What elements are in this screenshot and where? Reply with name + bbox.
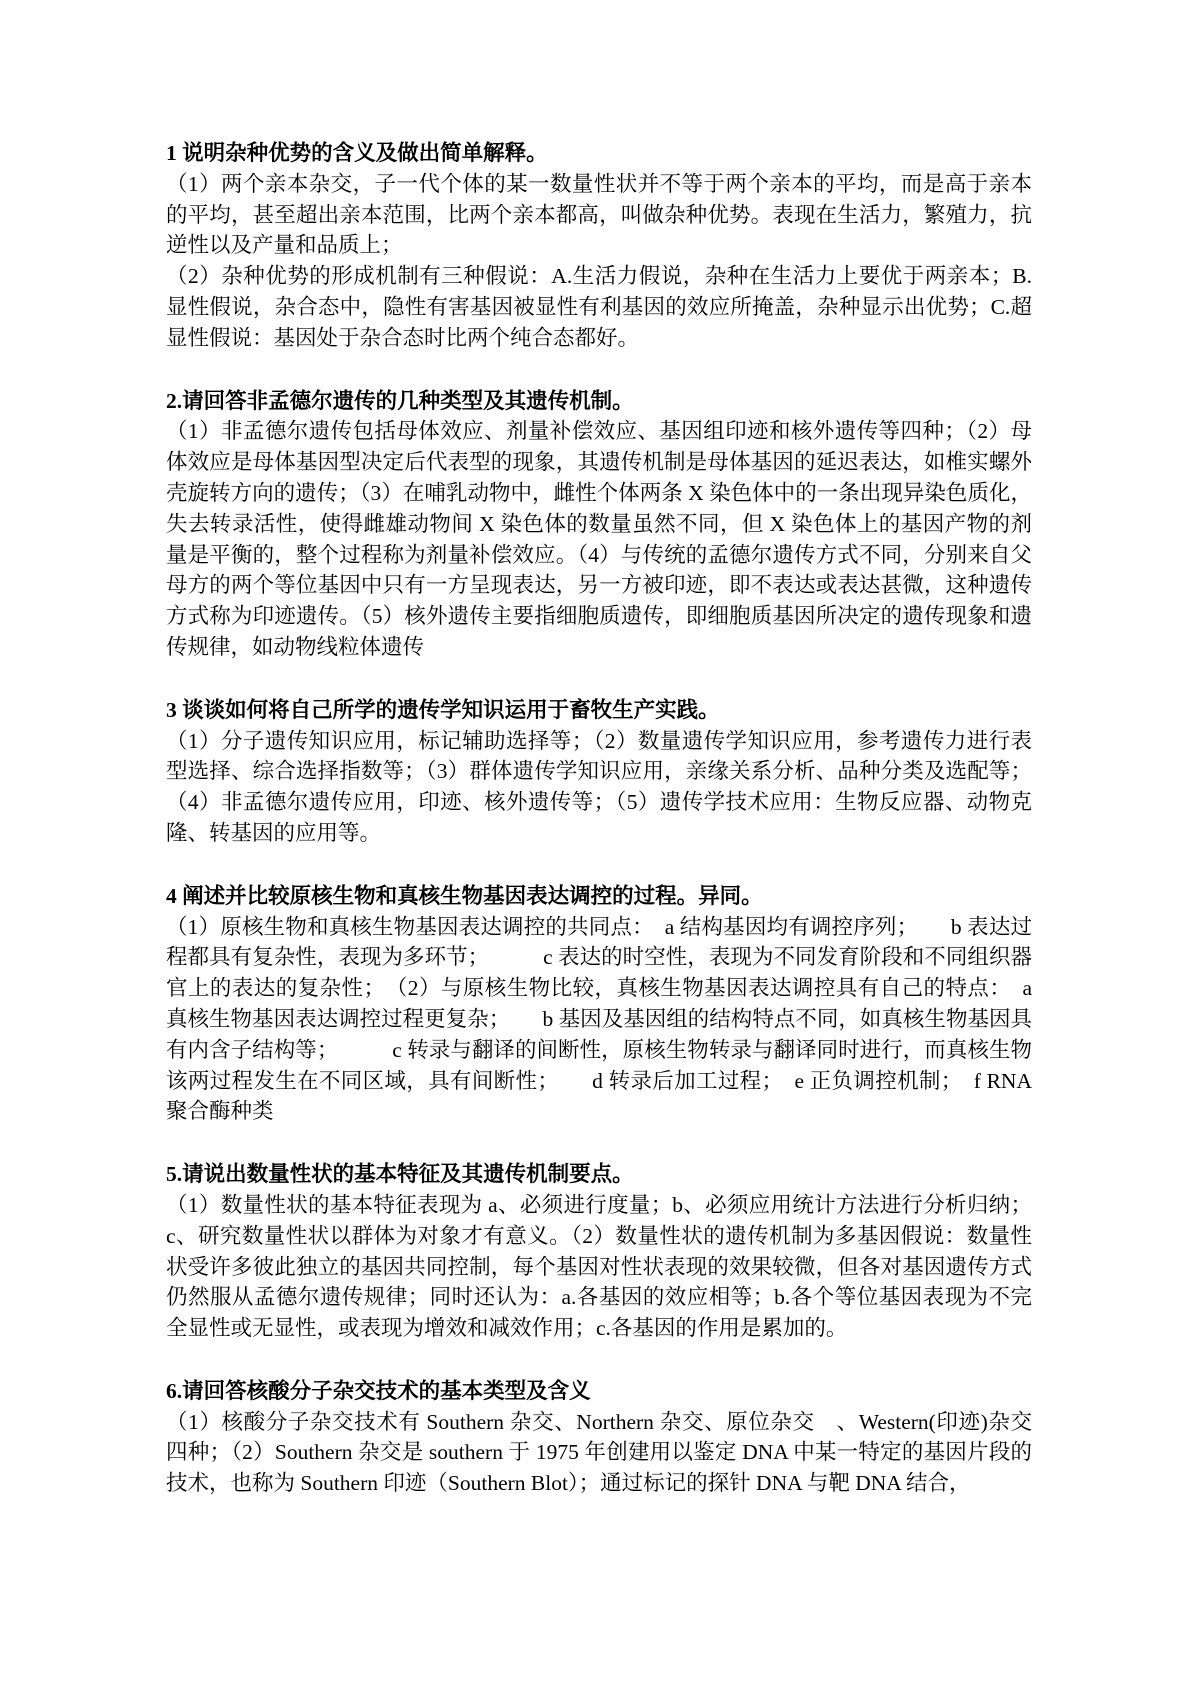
answer-paragraph: （1）原核生物和真核生物基因表达调控的共同点： a 结构基因均有调控序列； b …: [166, 912, 1032, 1128]
qa-section-5: 5.请说出数量性状的基本特征及其遗传机制要点。 （1）数量性状的基本特征表现为 …: [166, 1159, 1032, 1344]
qa-section-3: 3 谈谈如何将自己所学的遗传学知识运用于畜牧生产实践。 （1）分子遗传知识应用，…: [166, 695, 1032, 849]
question-heading: 2.请回答非孟德尔遗传的几种类型及其遗传机制。: [166, 386, 1032, 417]
question-heading: 6.请回答核酸分子杂交技术的基本类型及含义: [166, 1376, 1032, 1407]
answer-paragraph: （1）核酸分子杂交技术有 Southern 杂交、Northern 杂交、原位杂…: [166, 1407, 1032, 1499]
question-heading: 5.请说出数量性状的基本特征及其遗传机制要点。: [166, 1159, 1032, 1190]
qa-section-6: 6.请回答核酸分子杂交技术的基本类型及含义 （1）核酸分子杂交技术有 South…: [166, 1376, 1032, 1499]
answer-paragraph: （1）分子遗传知识应用，标记辅助选择等；（2）数量遗传学知识应用，参考遗传力进行…: [166, 726, 1032, 849]
answer-paragraph: （1）两个亲本杂交，子一代个体的某一数量性状并不等于两个亲本的平均，而是高于亲本…: [166, 169, 1032, 261]
question-heading: 1 说明杂种优势的含义及做出简单解释。: [166, 138, 1032, 169]
answer-paragraph: （1）非孟德尔遗传包括母体效应、剂量补偿效应、基因组印迹和核外遗传等四种；（2）…: [166, 416, 1032, 662]
answer-paragraph: （2）杂种优势的形成机制有三种假说：A.生活力假说，杂种在生活力上要优于两亲本；…: [166, 261, 1032, 353]
qa-section-2: 2.请回答非孟德尔遗传的几种类型及其遗传机制。 （1）非孟德尔遗传包括母体效应、…: [166, 386, 1032, 663]
qa-section-4: 4 阐述并比较原核生物和真核生物基因表达调控的过程。异同。 （1）原核生物和真核…: [166, 881, 1032, 1127]
qa-section-1: 1 说明杂种优势的含义及做出简单解释。 （1）两个亲本杂交，子一代个体的某一数量…: [166, 138, 1032, 354]
answer-paragraph: （1）数量性状的基本特征表现为 a、必须进行度量；b、必须应用统计方法进行分析归…: [166, 1190, 1032, 1344]
document-page: 1 说明杂种优势的含义及做出简单解释。 （1）两个亲本杂交，子一代个体的某一数量…: [0, 0, 1190, 1683]
question-heading: 3 谈谈如何将自己所学的遗传学知识运用于畜牧生产实践。: [166, 695, 1032, 726]
question-heading: 4 阐述并比较原核生物和真核生物基因表达调控的过程。异同。: [166, 881, 1032, 912]
